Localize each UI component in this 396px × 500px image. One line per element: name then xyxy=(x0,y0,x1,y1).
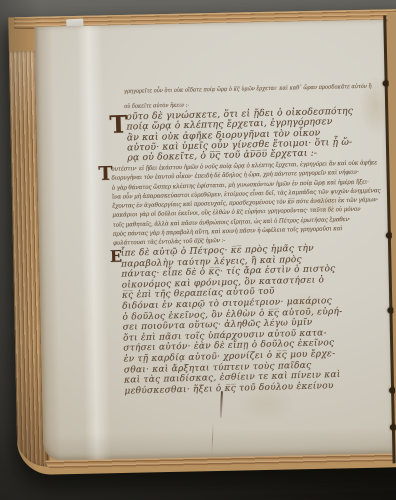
pen-flourish xyxy=(220,391,223,418)
initial-letter: Τ xyxy=(109,109,128,138)
commentary-scholia: Τ ουτέστιν· εἰ ᾔδει ἑκάστου ἡμῶν ὁ νοῦς … xyxy=(111,158,393,248)
gospel-passage-2: Ε ἶπε δὲ αὐτῷ ὁ Πέτρος· κ̅ε̅ πρὸς ἡμᾶς τ… xyxy=(121,243,345,397)
manuscript-book: γρηγορεῖτε οὖν ὅτι οὐκ οἴδατε ποίᾳ ὥρᾳ ὁ… xyxy=(8,9,396,475)
manuscript-page: γρηγορεῖτε οὖν ὅτι οὐκ οἴδατε ποίᾳ ὥρᾳ ὁ… xyxy=(34,19,393,460)
initial-letter: Ε xyxy=(110,247,123,266)
page-crease xyxy=(212,421,214,455)
gospel-passage-1: Τ οῦτο δὲ γινώσκετε, ὅτι εἰ ᾔδει ὁ οἰκοδ… xyxy=(126,107,354,164)
photo-background: γρηγορεῖτε οὖν ὅτι οὐκ οἴδατε ποίᾳ ὥρᾳ ὁ… xyxy=(0,0,396,500)
